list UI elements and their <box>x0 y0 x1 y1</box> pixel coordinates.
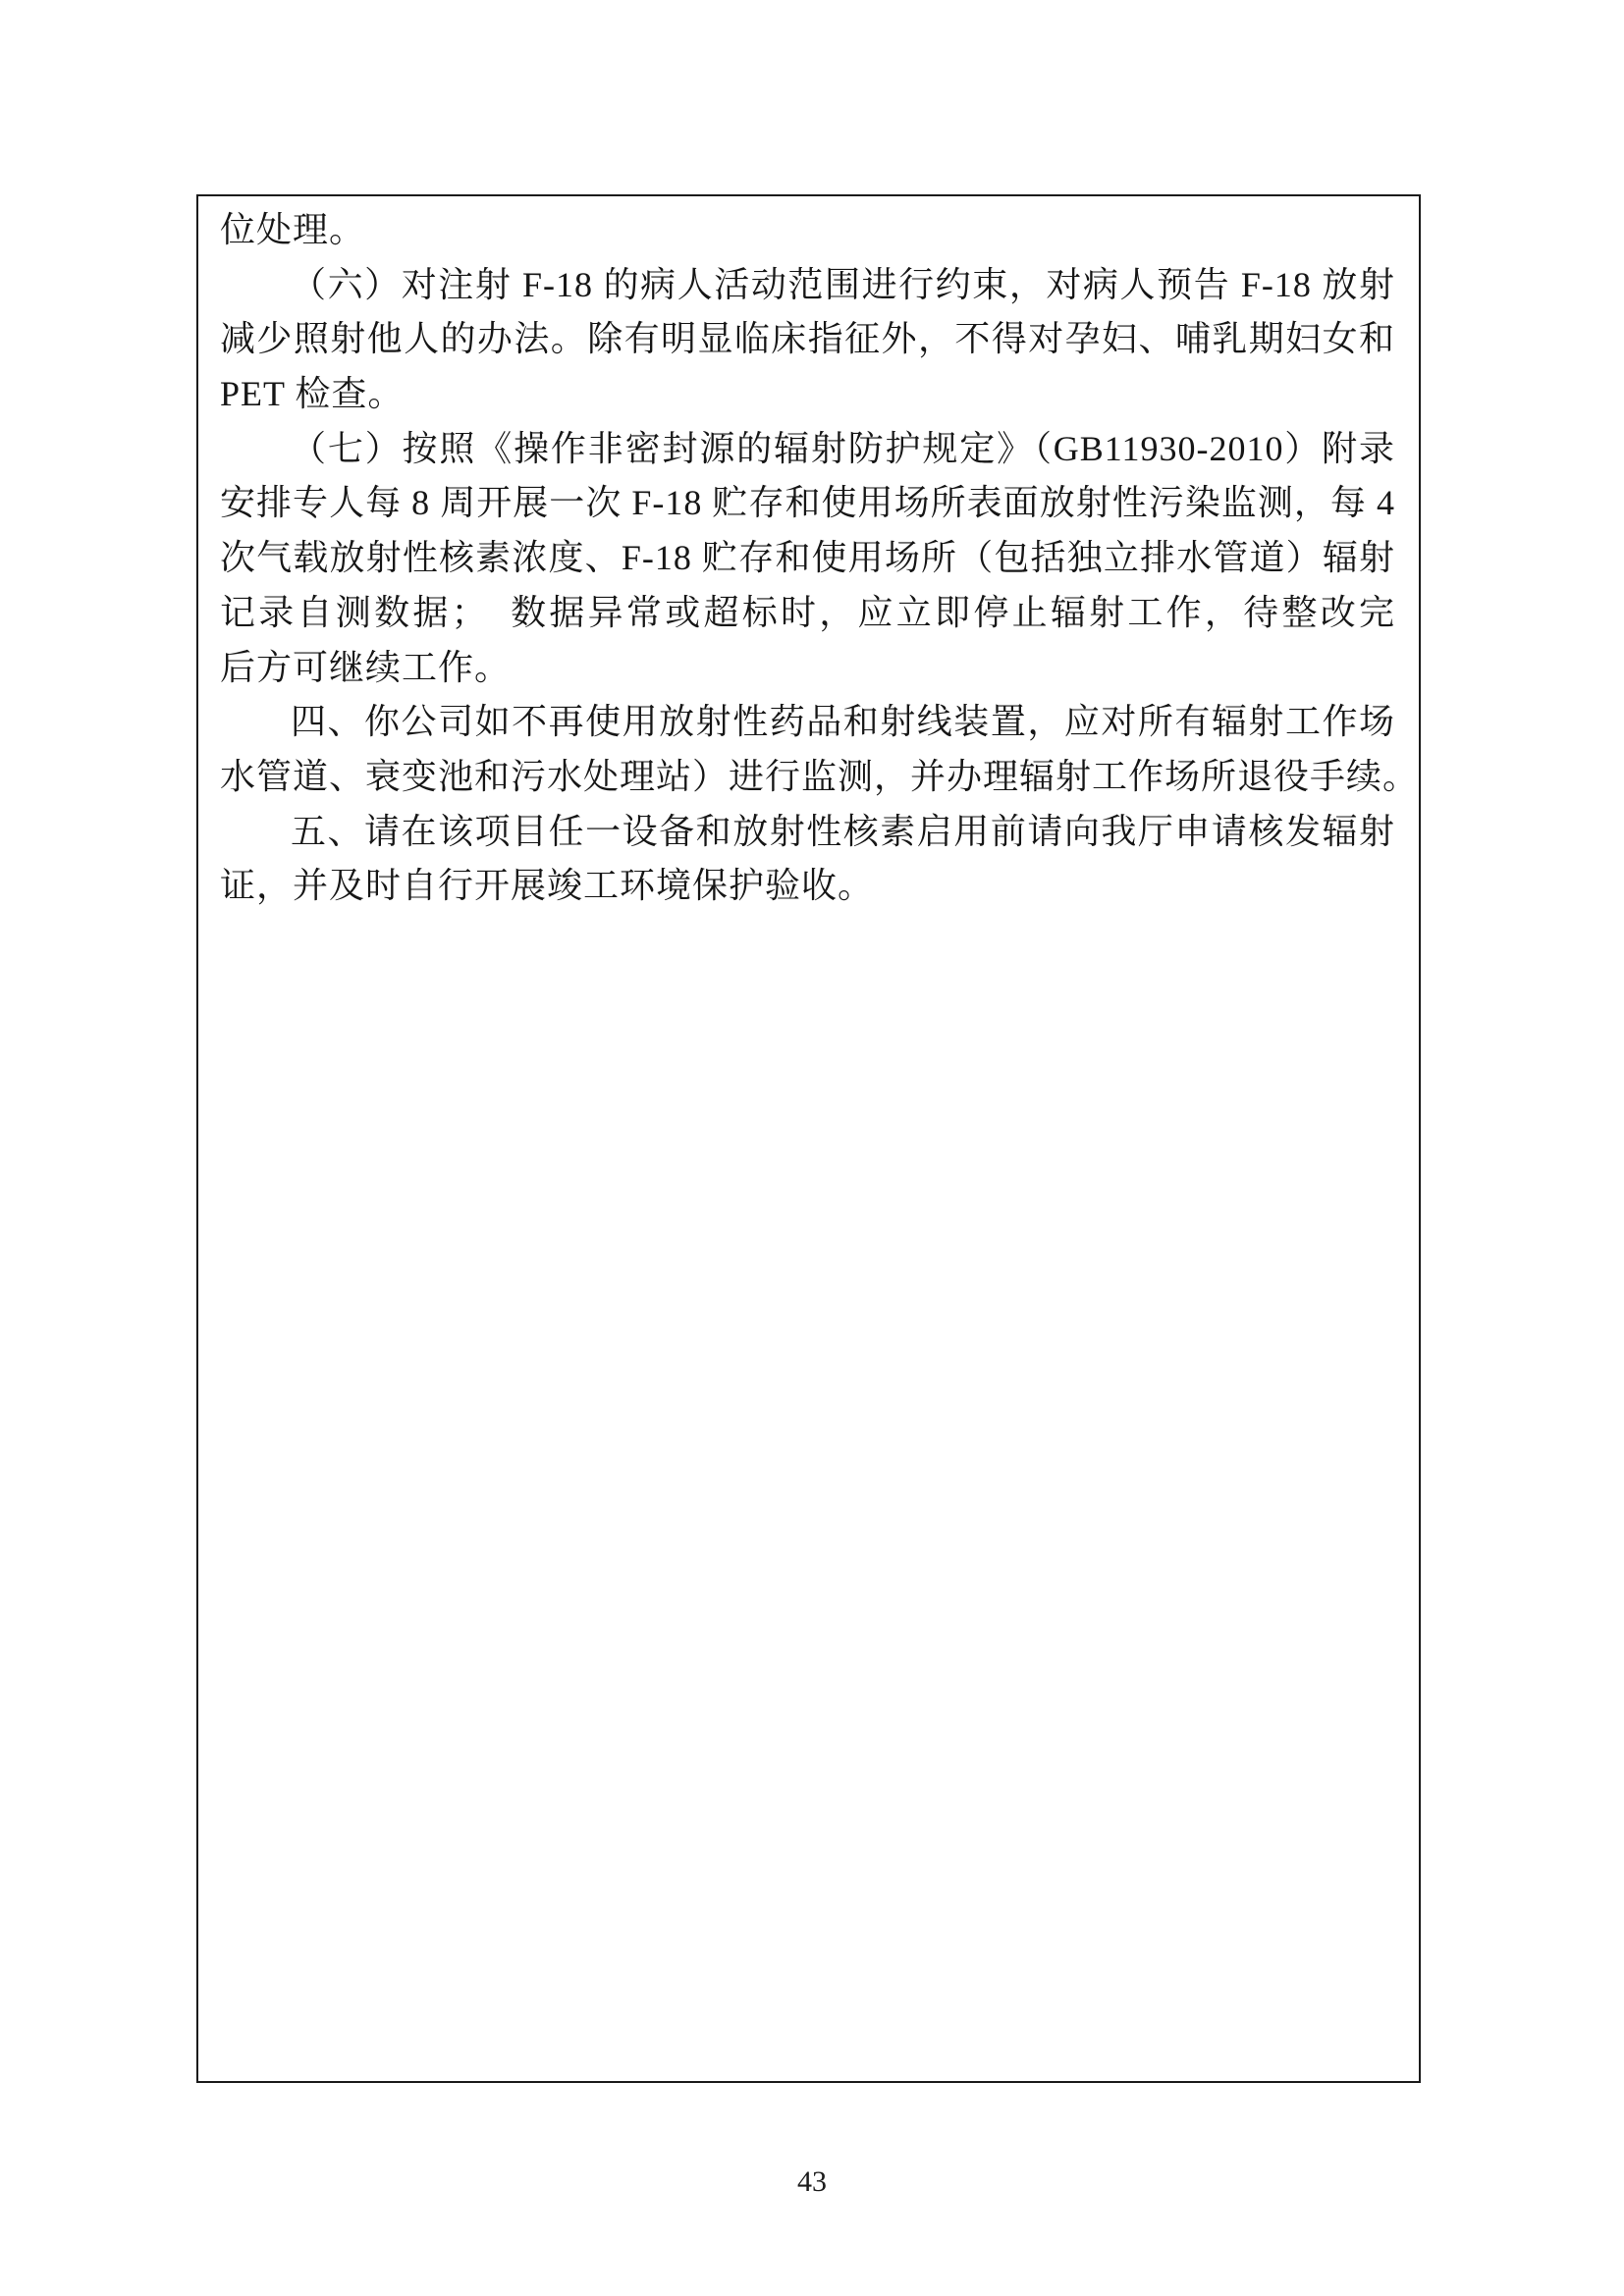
text-line: 五、请在该项目任一设备和放射性核素启用前请向我厅申请核发辐射安全许可 <box>220 805 1395 860</box>
text-line: （六）对注射 F-18 的病人活动范围进行约束，对病人预告 F-18 放射性危害… <box>220 258 1395 313</box>
text-line: 次气载放射性核素浓度、F-18 贮存和使用场所（包括独立排水管道）辐射水平监测， <box>220 531 1395 586</box>
page-number: 43 <box>0 2165 1624 2199</box>
content-border-box: 位处理。 （六）对注射 F-18 的病人活动范围进行约束，对病人预告 F-18 … <box>196 194 1421 2083</box>
text-line: 安排专人每 8 周开展一次 F-18 贮存和使用场所表面放射性污染监测，每 4 … <box>220 476 1395 531</box>
text-line: 位处理。 <box>220 203 1395 258</box>
text-line: 四、你公司如不再使用放射性药品和射线装置，应对所有辐射工作场所（含排 <box>220 695 1395 750</box>
text-line: PET 检查。 <box>220 367 1395 422</box>
text-line: （七）按照《操作非密封源的辐射防护规定》（GB11930-2010）附录 A 要… <box>220 422 1395 477</box>
text-line: 后方可继续工作。 <box>220 641 1395 696</box>
document-page: 位处理。 （六）对注射 F-18 的病人活动范围进行约束，对病人预告 F-18 … <box>0 0 1624 2296</box>
document-text: 位处理。 （六）对注射 F-18 的病人活动范围进行约束，对病人预告 F-18 … <box>198 196 1419 914</box>
text-line: 减少照射他人的办法。除有明显临床指征外，不得对孕妇、哺乳期妇女和儿童进行 <box>220 312 1395 367</box>
text-line: 水管道、衰变池和污水处理站）进行监测，并办理辐射工作场所退役手续。 <box>220 750 1395 805</box>
text-line: 记录自测数据； 数据异常或超标时，应立即停止辐射工作，待整改完毕，复测达标 <box>220 586 1395 641</box>
text-line: 证，并及时自行开展竣工环境保护验收。 <box>220 859 1395 914</box>
